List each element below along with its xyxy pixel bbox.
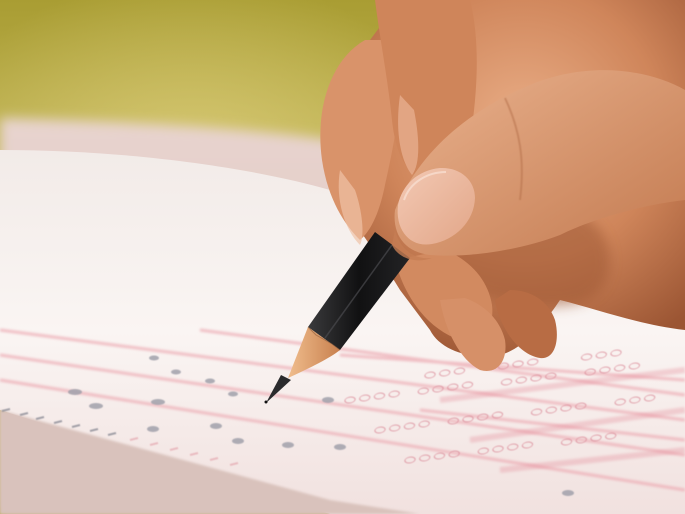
photo-scene: [0, 0, 685, 514]
answer-sheet-photo: [0, 0, 685, 514]
